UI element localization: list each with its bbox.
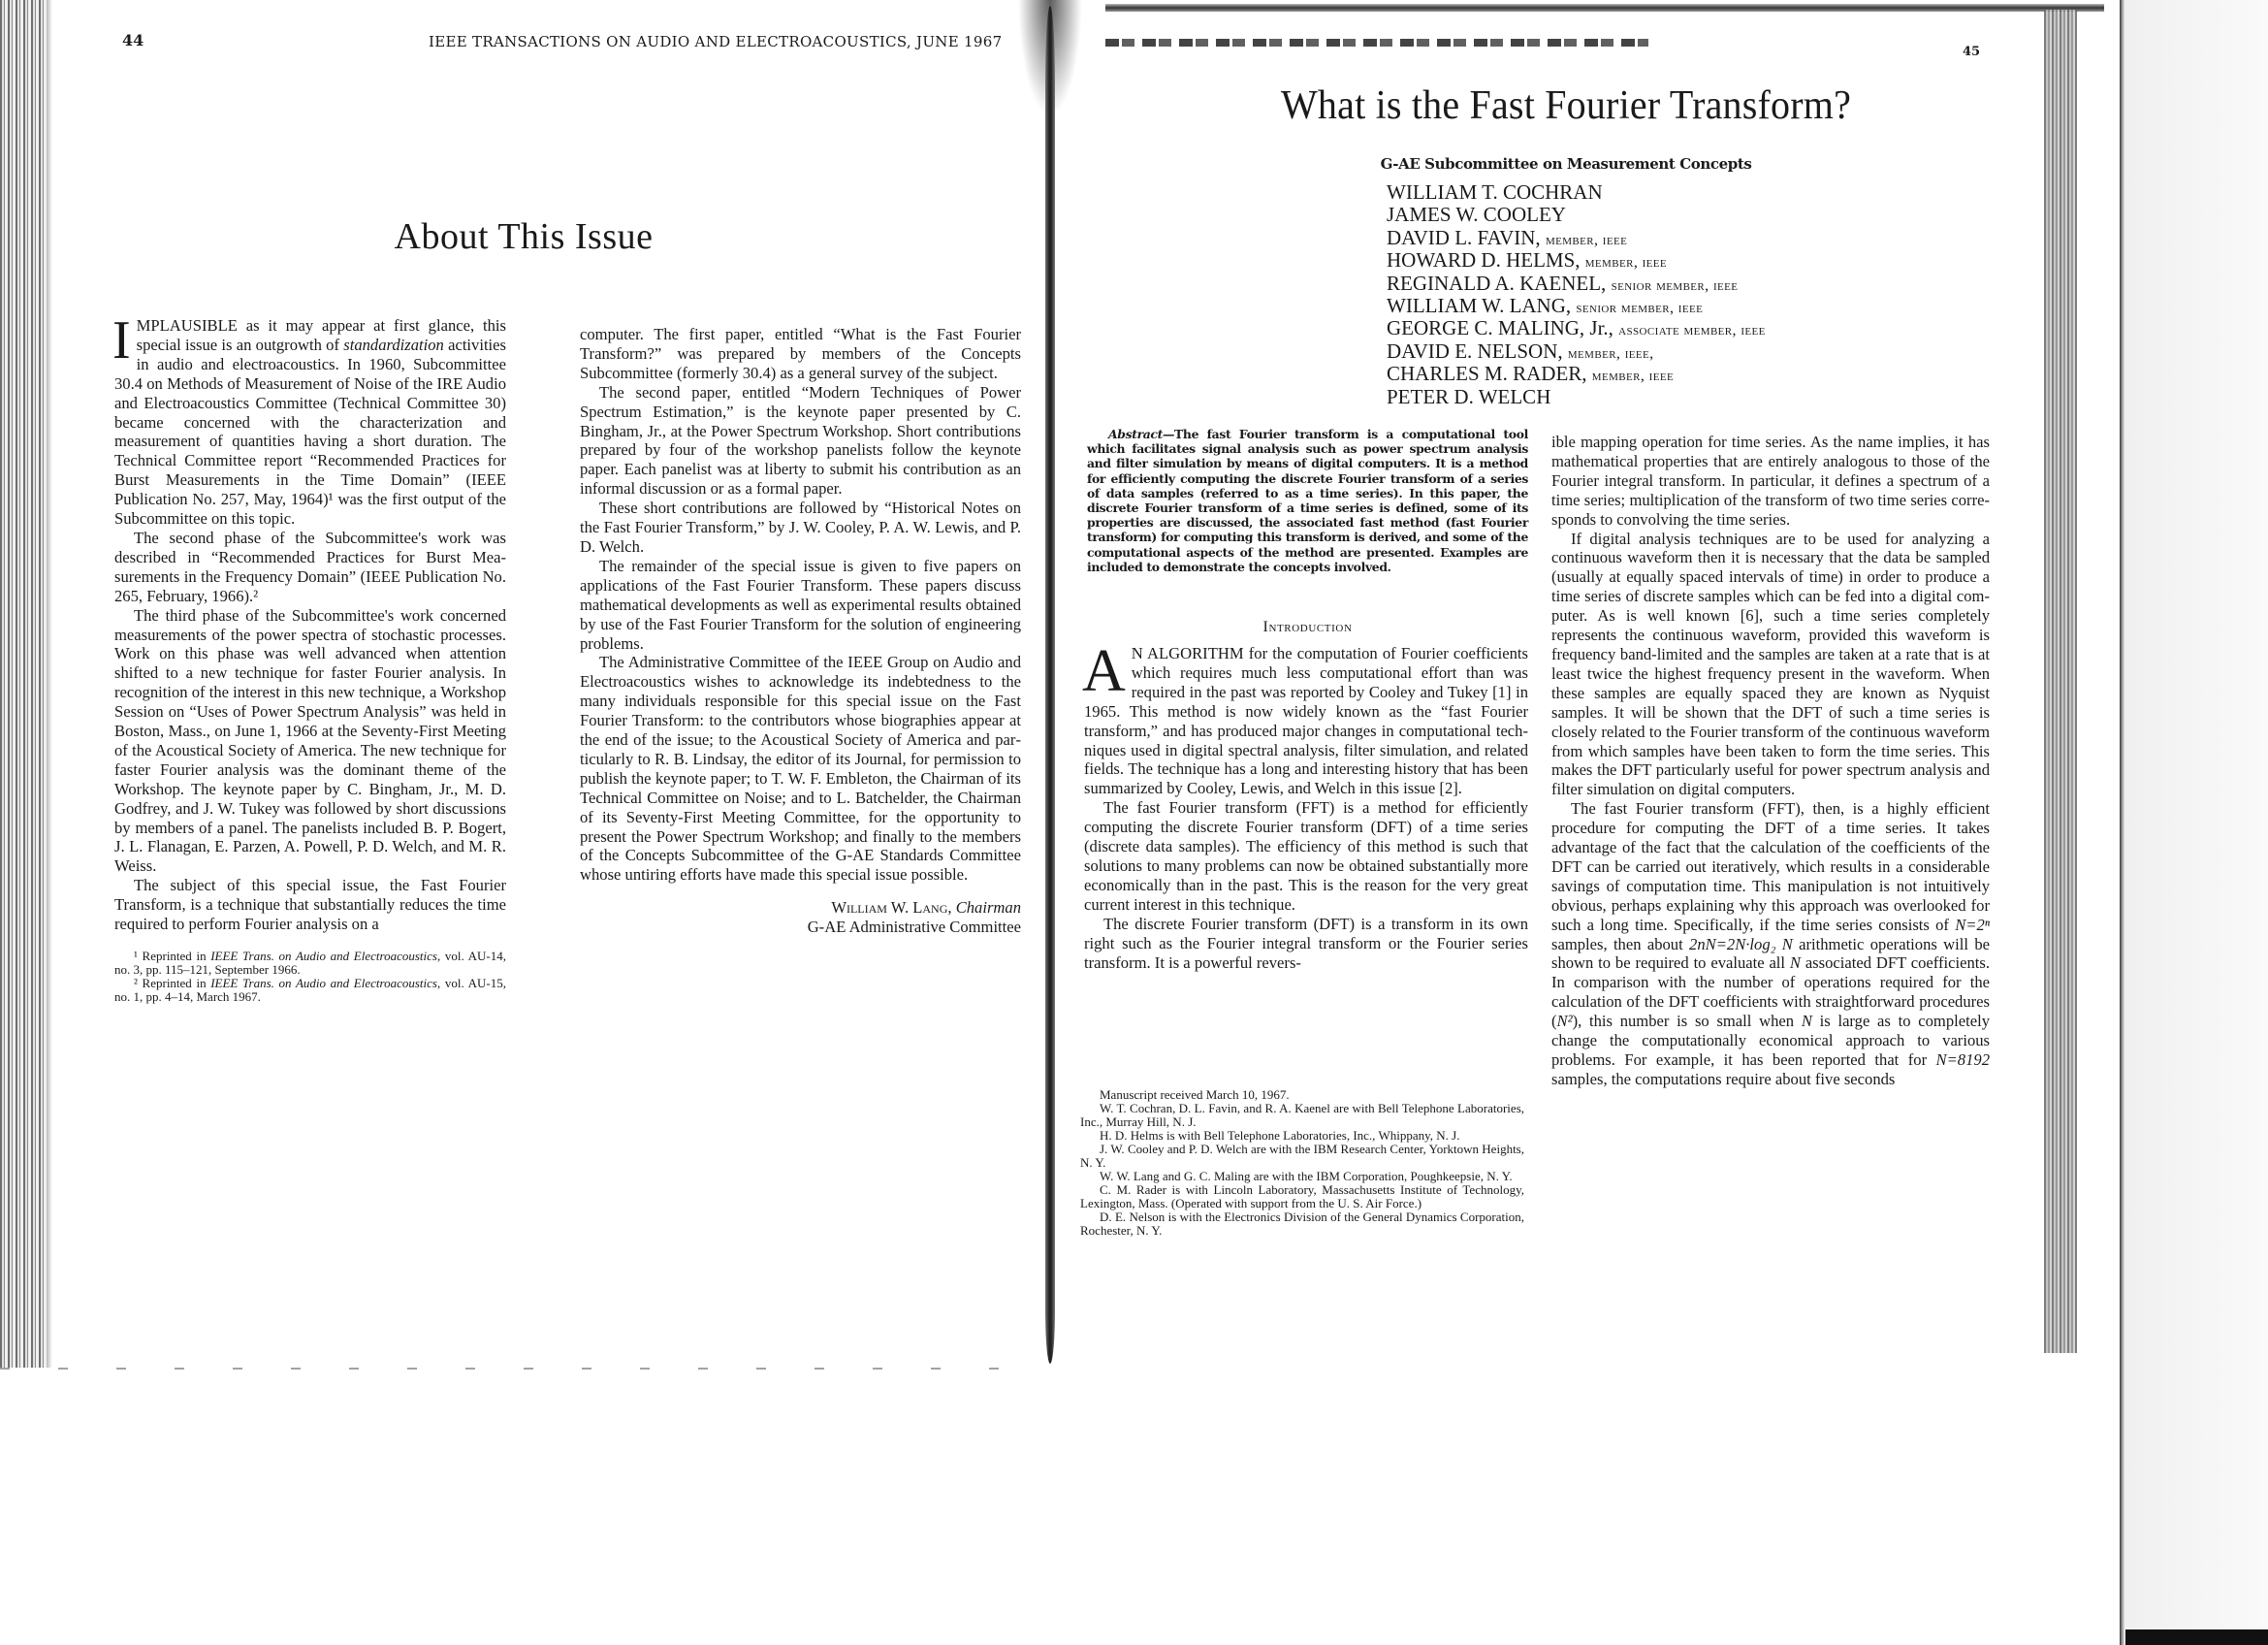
footnote-affiliation: D. E. Nelson is with the Electronics Div…	[1080, 1210, 1524, 1238]
paragraph: The remainder of the special issue is gi…	[580, 557, 1021, 654]
book-spine-gutter	[1045, 6, 1055, 1364]
paragraph: If digital analysis techniques are to be…	[1551, 530, 1990, 800]
author-affiliation: member, ieee	[1585, 254, 1667, 271]
paragraph-text: ), this number is so small when	[1573, 1012, 1802, 1030]
author-item: CHARLES M. RADER, member, ieee	[1387, 364, 1766, 386]
author-item: PETER D. WELCH	[1387, 387, 1766, 409]
author-item: JAMES W. COOLEY	[1387, 205, 1766, 227]
abstract-label: Abstract	[1108, 427, 1163, 441]
scan-top-edge-right	[1105, 4, 2104, 12]
paragraph: The subject of this special issue, the F…	[114, 876, 506, 934]
footnotes-left: ¹ Reprinted in IEEE Trans. on Audio and …	[114, 950, 506, 1004]
footnote-text: ¹ Reprinted in	[134, 949, 210, 963]
running-head-left: IEEE TRANSACTIONS ON AUDIO AND ELECTROAC…	[429, 33, 1002, 50]
author-affiliation: member, ieee	[1546, 232, 1627, 248]
author-affiliation: senior member, ieee	[1576, 300, 1703, 316]
math-expression: N	[1802, 1012, 1812, 1030]
paragraph: These short contributions are followed b…	[580, 499, 1021, 557]
author-name: JAMES W. COOLEY	[1387, 203, 1566, 226]
author-name: PETER D. WELCH	[1387, 385, 1550, 408]
scan-outside-area	[2125, 0, 2268, 1645]
signature-block: William W. Lang, Chairman G-AE Administr…	[580, 898, 1021, 937]
paragraph-text: activities in audio and electroacoustics…	[114, 336, 506, 528]
left-column-1: IMPLAUSIBLE as it may appear at first gl…	[114, 316, 506, 1004]
page-number-left: 44	[122, 31, 144, 49]
paragraph-text: samples, then about	[1551, 935, 1689, 953]
footnote-1: ¹ Reprinted in IEEE Trans. on Audio and …	[114, 950, 506, 977]
journal-name: IEEE Trans. on Audio and Electroacoustic…	[210, 976, 437, 990]
scan-binding-edge-left	[0, 0, 47, 1368]
paragraph: AN ALGORITHM for the computation of Four…	[1084, 644, 1528, 798]
signature-org: G-AE Administrative Committee	[580, 918, 1021, 937]
article-title-fft: What is the Fast Fourier Transform?	[1067, 81, 2065, 129]
right-column-1: AN ALGORITHM for the computation of Four…	[1084, 644, 1528, 972]
right-column-2: ible mapping operation for time series. …	[1551, 433, 1990, 1089]
author-name: DAVID L. FAVIN,	[1387, 226, 1546, 249]
author-name: REGINALD A. KAENEL,	[1387, 272, 1612, 295]
author-affiliation: member, ieee	[1592, 368, 1674, 384]
footnotes-right: Manuscript received March 10, 1967. W. T…	[1080, 1088, 1524, 1238]
footnote-manuscript: Manuscript received March 10, 1967.	[1080, 1088, 1524, 1102]
paragraph-text: N ALGORITHM for the computation of Fouri…	[1084, 644, 1528, 797]
scan-binding-edge-right	[2044, 10, 2077, 1353]
author-name: CHARLES M. RADER,	[1387, 362, 1592, 385]
author-name: WILLIAM T. COCHRAN	[1387, 180, 1603, 204]
section-heading-introduction: Introduction	[1087, 619, 1528, 636]
signature-role: Chairman	[956, 898, 1021, 917]
paragraph-text: The fast Fourier transform (FFT), then, …	[1551, 799, 1990, 933]
article-title-about-this-issue: About This Issue	[0, 215, 1047, 258]
abstract: Abstract—The fast Fourier transform is a…	[1087, 427, 1528, 574]
author-item: DAVID E. NELSON, member, ieee,	[1387, 341, 1766, 364]
journal-name: IEEE Trans. on Audio and Electroacoustic…	[210, 949, 437, 963]
author-item: WILLIAM W. LANG, senior member, ieee	[1387, 296, 1766, 318]
author-name: WILLIAM W. LANG,	[1387, 294, 1576, 317]
math-expression: 2nN=2N·log₂ N	[1689, 935, 1793, 953]
math-expression: N=2ⁿ	[1955, 916, 1990, 934]
author-item: GEORGE C. MALING, Jr., associate member,…	[1387, 318, 1766, 340]
footnote-affiliation: J. W. Cooley and P. D. Welch are with th…	[1080, 1143, 1524, 1170]
paragraph-text: samples, the computations require about …	[1551, 1070, 1895, 1088]
footnote-affiliation: W. T. Cochran, D. L. Favin, and R. A. Ka…	[1080, 1102, 1524, 1129]
dropcap-a: A	[1082, 646, 1126, 696]
dropcap-i: I	[112, 318, 131, 363]
author-list: WILLIAM T. COCHRAN JAMES W. COOLEY DAVID…	[1387, 182, 1766, 409]
paragraph: ible mapping operation for time series. …	[1551, 433, 1990, 530]
math-expression: N	[1790, 953, 1801, 972]
paragraph: The fast Fourier transform (FFT) is a me…	[1084, 798, 1528, 914]
author-item: REGINALD A. KAENEL, senior member, ieee	[1387, 274, 1766, 296]
author-name: DAVID E. NELSON,	[1387, 339, 1568, 363]
author-affiliation: member, ieee,	[1568, 345, 1654, 362]
abstract-paragraph: Abstract—The fast Fourier transform is a…	[1087, 427, 1528, 574]
author-affiliation: associate member, ieee	[1618, 322, 1766, 339]
subcommittee-byline: G-AE Subcommittee on Measurement Concept…	[1067, 155, 2065, 173]
paragraph: computer. The first paper, entitled “Wha…	[580, 325, 1021, 383]
left-column-2: computer. The first paper, entitled “Wha…	[580, 325, 1021, 937]
scan-shadow-left	[47, 0, 52, 1368]
italic-term: standardization	[343, 336, 444, 354]
author-name: GEORGE C. MALING, Jr.,	[1387, 316, 1618, 339]
running-head-right-smudged	[1105, 39, 1648, 47]
footnote-text: ² Reprinted in	[134, 976, 210, 990]
footnote-affiliation: C. M. Rader is with Lincoln Laboratory, …	[1080, 1183, 1524, 1210]
math-expression: N=8192	[1936, 1050, 1990, 1069]
signature-name: William W. Lang,	[831, 898, 955, 917]
paragraph: IMPLAUSIBLE as it may appear at first gl…	[114, 316, 506, 529]
author-affiliation: senior member, ieee	[1612, 277, 1739, 294]
scan-corner-artifact	[2125, 1629, 2268, 1645]
footnote-2: ² Reprinted in IEEE Trans. on Audio and …	[114, 977, 506, 1004]
author-name: HOWARD D. HELMS,	[1387, 248, 1585, 272]
author-item: DAVID L. FAVIN, member, ieee	[1387, 228, 1766, 250]
footnote-affiliation: W. W. Lang and G. C. Maling are with the…	[1080, 1170, 1524, 1183]
abstract-text: —The fast Fourier transform is a computa…	[1087, 427, 1528, 574]
author-item: WILLIAM T. COCHRAN	[1387, 182, 1766, 205]
math-expression: N²	[1557, 1012, 1573, 1030]
paragraph: The third phase of the Subcommittee's wo…	[114, 606, 506, 877]
paragraph: The second phase of the Subcommittee's w…	[114, 529, 506, 606]
scan-bottom-edge-left	[0, 1368, 1038, 1370]
paragraph: The second paper, entitled “Modern Techn…	[580, 383, 1021, 499]
paragraph: The Administrative Committee of the IEEE…	[580, 653, 1021, 885]
author-item: HOWARD D. HELMS, member, ieee	[1387, 250, 1766, 273]
paragraph: The discrete Fourier transform (DFT) is …	[1084, 915, 1528, 973]
paragraph: The fast Fourier transform (FFT), then, …	[1551, 799, 1990, 1089]
page-number-right: 45	[1963, 45, 1980, 59]
footnote-affiliation: H. D. Helms is with Bell Telephone Labor…	[1080, 1129, 1524, 1143]
